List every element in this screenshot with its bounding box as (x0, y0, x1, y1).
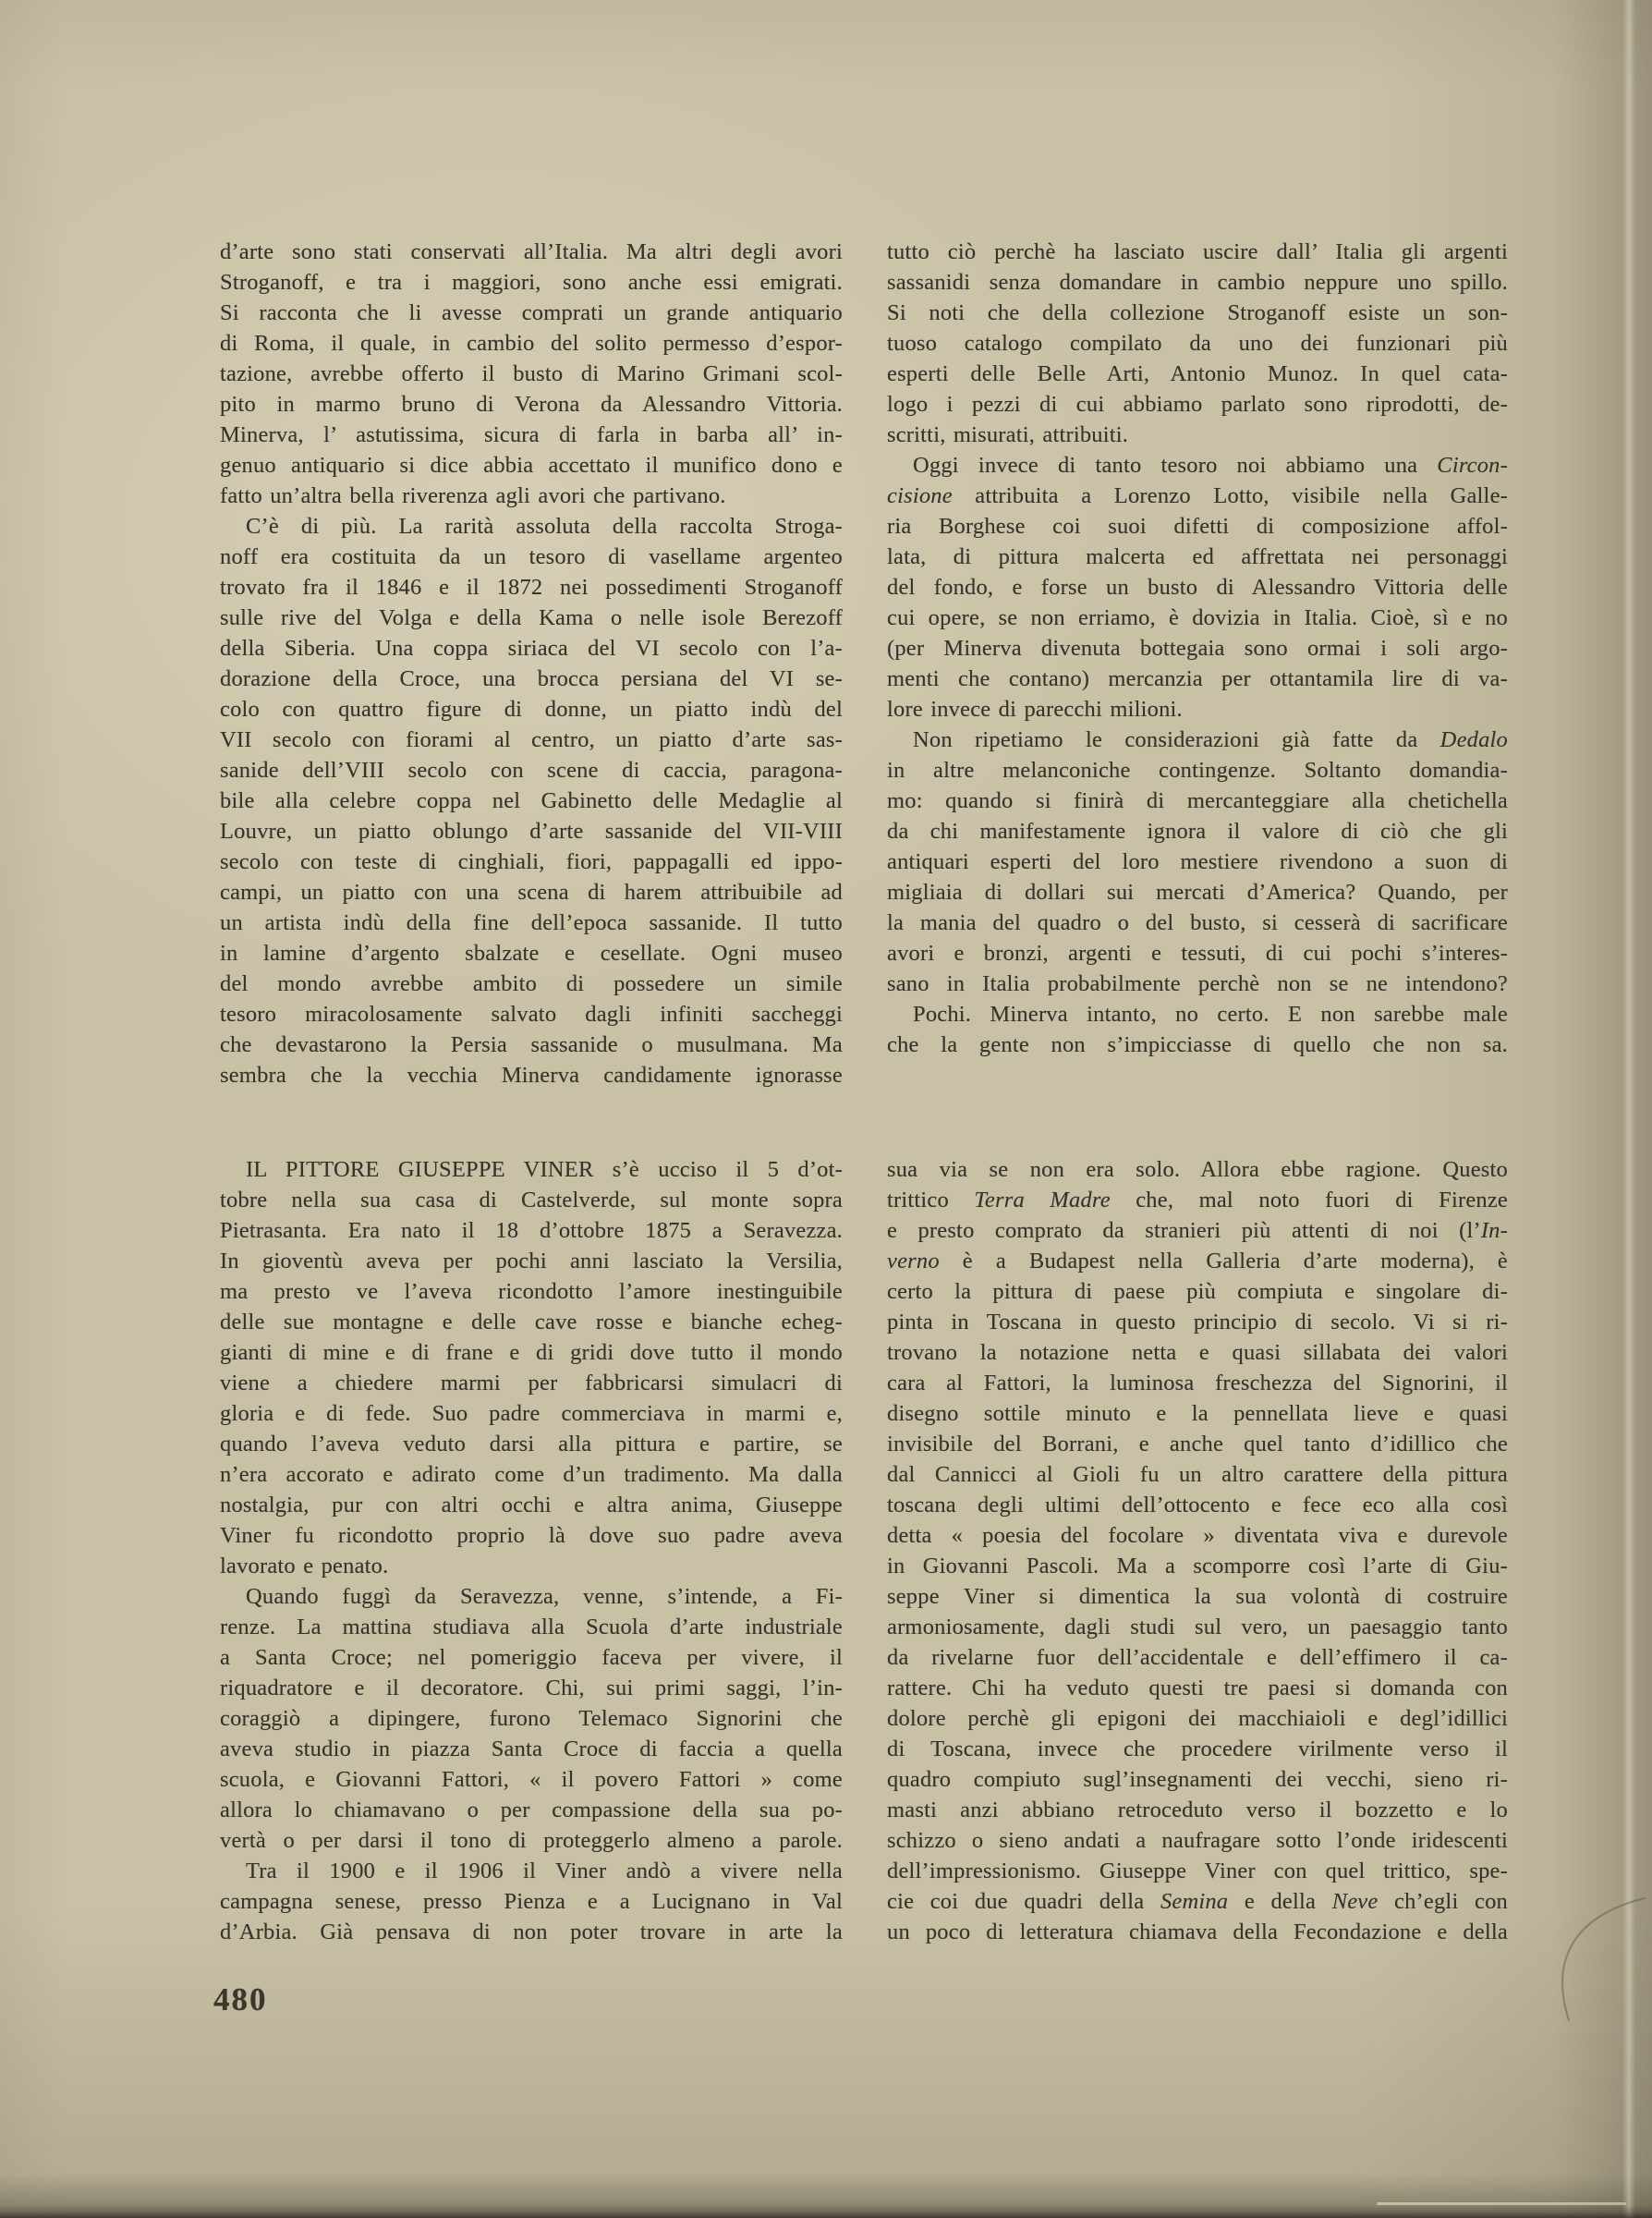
text-line: sassanidi senza domandare in cambio nepp… (887, 267, 1508, 298)
text-line: la mania del quadro o del busto, si cess… (887, 908, 1508, 938)
text-line: IL PITTORE GIUSEPPE VINER s’è ucciso il … (220, 1154, 843, 1185)
text-line: Tra il 1900 e il 1906 il Viner andò a vi… (220, 1856, 843, 1886)
article2-left-column: IL PITTORE GIUSEPPE VINER s’è ucciso il … (220, 1154, 843, 1947)
text-line: genuo antiquario si dice abbia accettato… (220, 450, 843, 481)
text-line: lore invece di parecchi milioni. (887, 694, 1508, 725)
text-line: tobre nella sua casa di Castelverde, sul… (220, 1185, 843, 1215)
text-line: sanide dell’VIII secolo con scene di cac… (220, 755, 843, 786)
text-line: da chi manifestamente ignora il valore d… (887, 816, 1508, 847)
text-line: gloria e di fede. Suo padre commerciava … (220, 1398, 843, 1429)
text-line: dorazione della Croce, una brocca persia… (220, 664, 843, 694)
text-line: Quando fuggì da Seravezza, venne, s’inte… (220, 1581, 843, 1612)
article1-right-column: tutto ciò perchè ha lasciato uscire dall… (887, 237, 1508, 1060)
text-line: disegno sottile minuto e la pennellata l… (887, 1398, 1508, 1429)
text-line: sua via se non era solo. Allora ebbe rag… (887, 1154, 1508, 1185)
text-line: del fondo, e forse un busto di Alessandr… (887, 572, 1508, 603)
text-line: campi, un piatto con una scena di harem … (220, 877, 843, 908)
text-line: trittico Terra Madre che, mal noto fuori… (887, 1185, 1508, 1215)
text-line: Minerva, l’ astutissima, sicura di farla… (220, 420, 843, 450)
text-line: pinta in Toscana in questo principio di … (887, 1307, 1508, 1337)
text-line: delle sue montagne e delle cave rosse e … (220, 1307, 843, 1337)
article1-left-column: d’arte sono stati conservati all’Italia.… (220, 237, 843, 1091)
text-line: in Giovanni Pascoli. Ma a scomporre così… (887, 1551, 1508, 1581)
text-line: d’arte sono stati conservati all’Italia.… (220, 237, 843, 267)
text-line: Pochi. Minerva intanto, no certo. E non … (887, 999, 1508, 1030)
text-line: coraggiò a dipingere, furono Telemaco Si… (220, 1703, 843, 1734)
text-line: nostalgia, pur con altri occhi e altra a… (220, 1490, 843, 1520)
text-line: toscana degli ultimi dell’ottocento e fe… (887, 1490, 1508, 1520)
text-line: C’è di più. La rarità assoluta della rac… (220, 511, 843, 542)
text-line: cisione attribuita a Lorenzo Lotto, visi… (887, 481, 1508, 511)
text-line: seppe Viner si dimentica la sua volontà … (887, 1581, 1508, 1612)
text-line: sembra che la vecchia Minerva candidamen… (220, 1060, 843, 1091)
text-line: di Toscana, invece che procedere virilme… (887, 1734, 1508, 1764)
text-line: masti anzi abbiano retroceduto verso il … (887, 1795, 1508, 1825)
page-number: 480 (213, 1981, 268, 2018)
text-line: bile alla celebre coppa nel Gabinetto de… (220, 786, 843, 816)
text-line: da rivelarne fuor dell’accidentale e del… (887, 1642, 1508, 1673)
text-line: Pietrasanta. Era nato il 18 d’ottobre 18… (220, 1215, 843, 1246)
text-line: un artista indù della fine dell’epoca sa… (220, 908, 843, 938)
text-line: noff era costituita da un tesoro di vase… (220, 542, 843, 572)
text-line: Oggi invece di tanto tesoro noi abbiamo … (887, 450, 1508, 481)
text-line: armoniosamente, dagli studi sul vero, un… (887, 1612, 1508, 1642)
text-line: dell’impressionismo. Giuseppe Viner con … (887, 1856, 1508, 1886)
text-line: trovato fra il 1846 e il 1872 nei possed… (220, 572, 843, 603)
text-line: fatto un’altra bella riverenza agli avor… (220, 481, 843, 511)
text-line: quadro compiuto sugl’insegnamenti dei ve… (887, 1764, 1508, 1795)
text-line: della Siberia. Una coppa siriaca del VI … (220, 633, 843, 664)
article2-right-column: sua via se non era solo. Allora ebbe rag… (887, 1154, 1508, 1947)
text-line: detta « poesia del focolare » diventata … (887, 1520, 1508, 1551)
text-line: del mondo avrebbe ambito di possedere un… (220, 969, 843, 999)
text-line: avori e bronzi, argenti e tessuti, di cu… (887, 938, 1508, 969)
pen-stroke-mark (1504, 1893, 1652, 2027)
text-line: riquadratore e il decoratore. Chi, sui p… (220, 1673, 843, 1703)
scan-bottom-edge-shadow (0, 2205, 1652, 2218)
text-line: Si racconta che li avesse comprati un gr… (220, 298, 843, 328)
text-line: Non ripetiamo le considerazioni già fatt… (887, 725, 1508, 755)
text-line: e presto comprato da stranieri più atten… (887, 1215, 1508, 1246)
text-line: gianti di mine e di frane e di gridi dov… (220, 1337, 843, 1368)
text-line: pito in marmo bruno di Verona da Alessan… (220, 389, 843, 420)
text-line: renze. La mattina studiava alla Scuola d… (220, 1612, 843, 1642)
text-line: rattere. Chi ha veduto questi tre paesi … (887, 1673, 1508, 1703)
text-line: Si noti che della collezione Stroganoff … (887, 298, 1508, 328)
book-page: d’arte sono stati conservati all’Italia.… (0, 0, 1652, 2218)
text-line: colo con quattro figure di donne, un pia… (220, 694, 843, 725)
text-line: invisibile del Borrani, e anche quel tan… (887, 1429, 1508, 1459)
text-line: (per Minerva divenuta bottegaia sono orm… (887, 633, 1508, 664)
text-line: antiquari esperti del loro mestiere rive… (887, 847, 1508, 877)
text-line: sano in Italia probabilmente perchè non … (887, 969, 1508, 999)
text-line: migliaia di dollari sui mercati d’Americ… (887, 877, 1508, 908)
text-line: scuola, e Giovanni Fattori, « il povero … (220, 1764, 843, 1795)
text-line: In gioventù aveva per pochi anni lasciat… (220, 1246, 843, 1276)
text-line: un poco di letteratura chiamava della Fe… (887, 1917, 1508, 1947)
text-line: scritti, misurati, attribuiti. (887, 420, 1508, 450)
text-line: lata, di pittura malcerta ed affrettata … (887, 542, 1508, 572)
text-line: trovano la notazione netta e quasi silla… (887, 1337, 1508, 1368)
text-line: viene a chiedere marmi per fabbricarsi s… (220, 1368, 843, 1398)
text-line: dal Cannicci al Gioli fu un altro caratt… (887, 1459, 1508, 1490)
text-line: secolo con teste di cinghiali, fiori, pa… (220, 847, 843, 877)
text-line: lavorato e penato. (220, 1551, 843, 1581)
text-line: VII secolo con fiorami al centro, un pia… (220, 725, 843, 755)
text-line: d’Arbia. Già pensava di non poter trovar… (220, 1917, 843, 1947)
text-line: di Roma, il quale, in cambio del solito … (220, 328, 843, 359)
text-line: logo i pezzi di cui abbiamo parlato sono… (887, 389, 1508, 420)
text-line: in lamine d’argento sbalzate e cesellate… (220, 938, 843, 969)
text-line: che la gente non s’impicciasse di quello… (887, 1030, 1508, 1060)
text-line: quando l’aveva veduto darsi alla pittura… (220, 1429, 843, 1459)
text-line: sulle rive del Volga e della Kama o nell… (220, 603, 843, 633)
text-line: esperti delle Belle Arti, Antonio Munoz.… (887, 359, 1508, 389)
text-line: dolore perchè gli epigoni dei macchiaiol… (887, 1703, 1508, 1734)
text-line: cui opere, se non erriamo, è dovizia in … (887, 603, 1508, 633)
text-line: in altre melanconiche contingenze. Solta… (887, 755, 1508, 786)
text-line: a Santa Croce; nel pomeriggio faceva per… (220, 1642, 843, 1673)
text-line: schizzo o sieno andati a naufragare sott… (887, 1825, 1508, 1856)
text-line: cie coi due quadri della Semina e della … (887, 1886, 1508, 1917)
text-line: certo la pittura di paese più compiuta e… (887, 1276, 1508, 1307)
text-line: aveva studio in piazza Santa Croce di fa… (220, 1734, 843, 1764)
text-line: Louvre, un piatto oblungo d’arte sassani… (220, 816, 843, 847)
text-line: mo: quando si finirà di mercanteggiare a… (887, 786, 1508, 816)
text-line: tesoro miracolosamente salvato dagli inf… (220, 999, 843, 1030)
text-line: menti che contano) mercanzia per ottanta… (887, 664, 1508, 694)
text-line: ria Borghese coi suoi difetti di composi… (887, 511, 1508, 542)
text-line: Stroganoff, e tra i maggiori, sono anche… (220, 267, 843, 298)
text-line: tazione, avrebbe offerto il busto di Mar… (220, 359, 843, 389)
text-line: tuoso catalogo compilato da uno dei funz… (887, 328, 1508, 359)
page-curl-highlight (1622, 0, 1635, 2218)
text-line: verno è a Budapest nella Galleria d’arte… (887, 1246, 1508, 1276)
text-line: cara al Fattori, la luminosa freschezza … (887, 1368, 1508, 1398)
text-line: Viner fu ricondotto proprio là dove suo … (220, 1520, 843, 1551)
text-line: allora lo chiamavano o per compassione d… (220, 1795, 843, 1825)
text-line: tutto ciò perchè ha lasciato uscire dall… (887, 237, 1508, 267)
text-line: campagna senese, presso Pienza e a Lucig… (220, 1886, 843, 1917)
text-line: n’era accorato e adirato come d’un tradi… (220, 1459, 843, 1490)
text-line: ma presto ve l’aveva ricondotto l’amore … (220, 1276, 843, 1307)
text-line: vertà o per darsi il tono di proteggerlo… (220, 1825, 843, 1856)
text-line: che devastarono la Persia sassanide o mu… (220, 1030, 843, 1060)
